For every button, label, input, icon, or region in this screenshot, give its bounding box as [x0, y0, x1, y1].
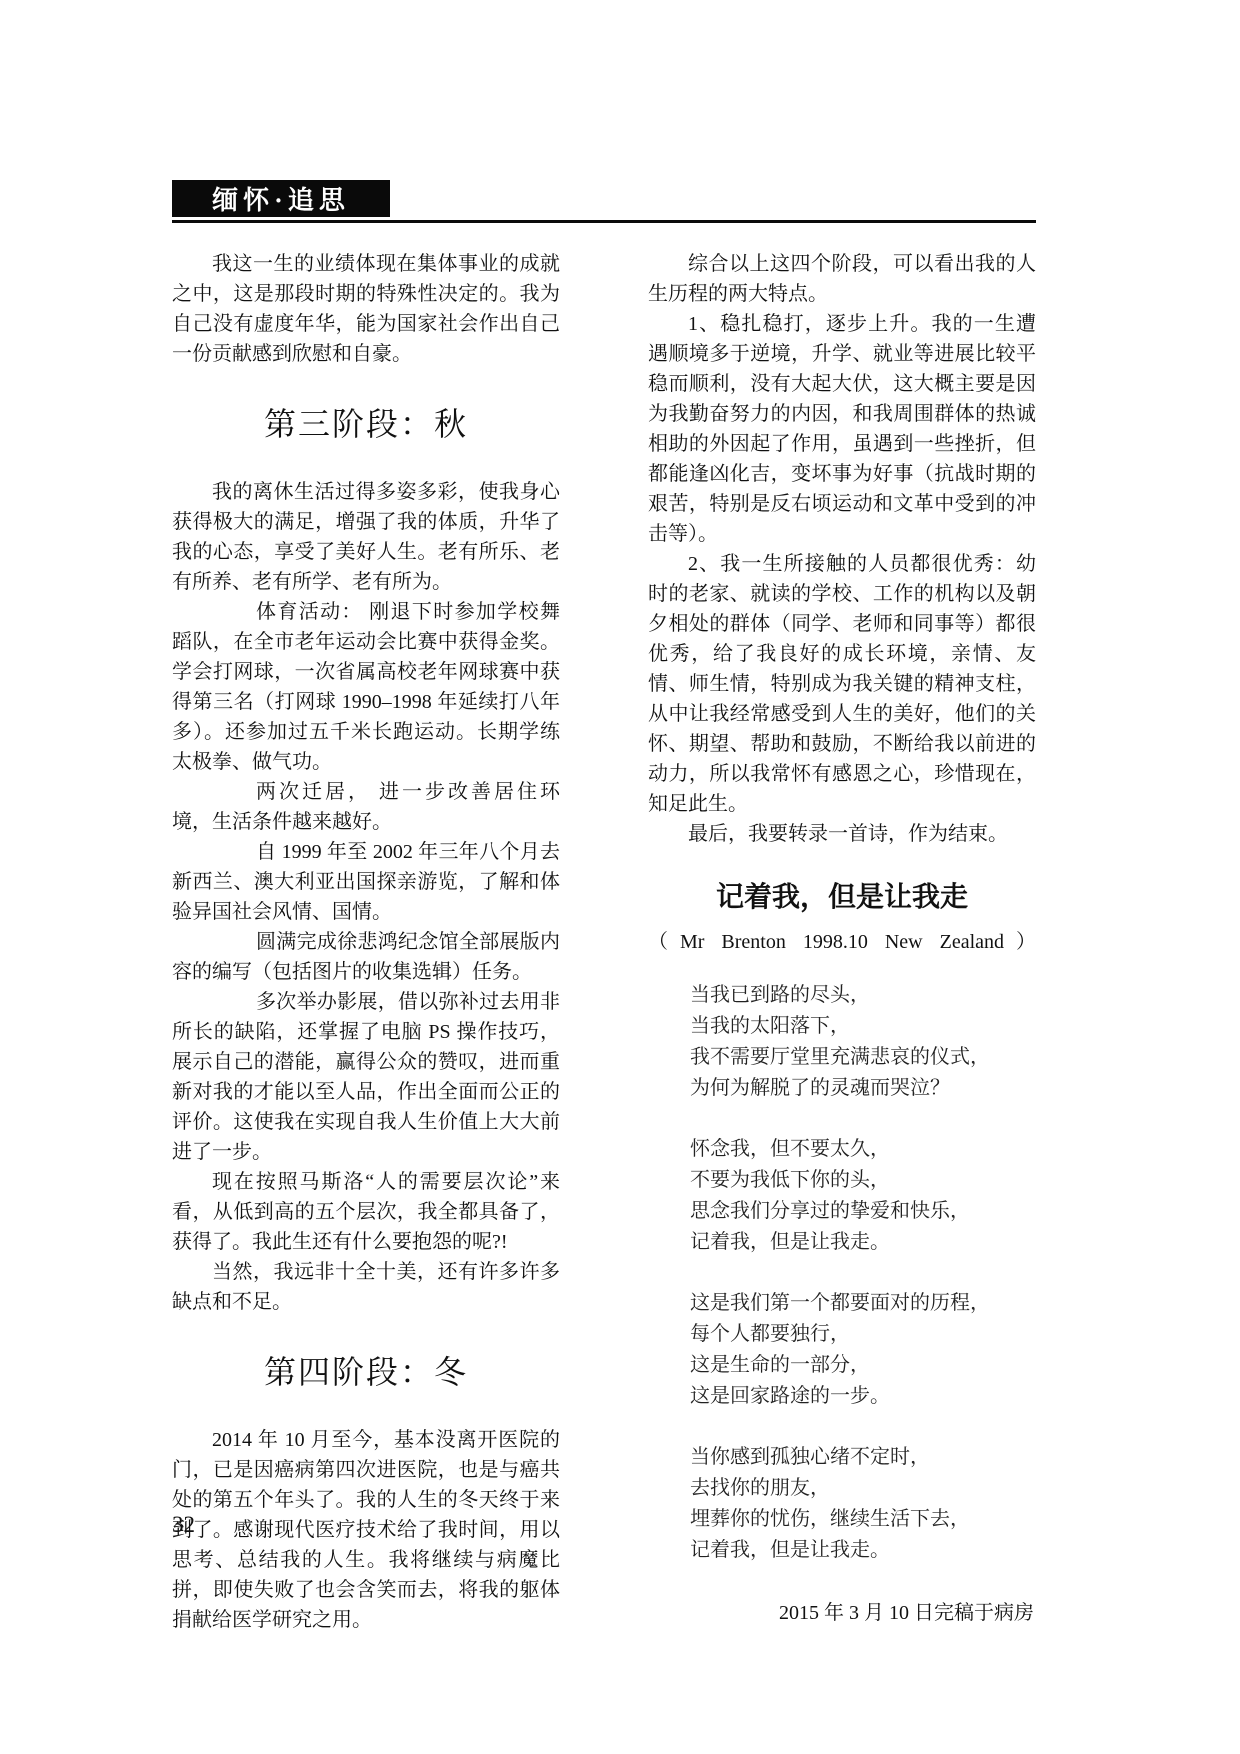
poem-body: 当我已到路的尽头， 当我的太阳落下， 我不需要厅堂里充满悲哀的仪式， 为何为解脱… — [690, 980, 1036, 1566]
page-number: 32 — [172, 1512, 195, 1538]
poem-line: 这是回家路途的一步。 — [690, 1381, 1036, 1412]
paragraph-right-4: 最后，我要转录一首诗，作为结束。 — [648, 819, 1036, 849]
page-content: 缅怀·追思 我这一生的业绩体现在集体事业的成就之中，这是那段时期的特殊性决定的。… — [172, 180, 1036, 1635]
heading-stage-3-autumn: 第三阶段：秋 — [172, 399, 560, 445]
poem-line: 当你感到孤独心绪不定时， — [690, 1442, 1036, 1473]
poem-line: 每个人都要独行， — [690, 1319, 1036, 1350]
paragraph-left-5: 自 1999 年至 2002 年三年八个月去新西兰、澳大利亚出国探亲游览，了解和… — [172, 837, 560, 927]
poem-stanza-3: 这是我们第一个都要面对的历程， 每个人都要独行， 这是生命的一部分， 这是回家路… — [690, 1288, 1036, 1412]
poem-stanza-4: 当你感到孤独心绪不定时， 去找你的朋友， 埋葬你的忧伤，继续生活下去， 记着我，… — [690, 1442, 1036, 1566]
poem-line: 这是生命的一部分， — [690, 1350, 1036, 1381]
poem-line: 为何为解脱了的灵魂而哭泣？ — [690, 1073, 1036, 1104]
section-banner: 缅怀·追思 — [172, 180, 390, 217]
poem-line: 我不需要厅堂里充满悲哀的仪式， — [690, 1042, 1036, 1073]
poem-line: 记着我，但是让我走。 — [690, 1535, 1036, 1566]
two-column-layout: 我这一生的业绩体现在集体事业的成就之中，这是那段时期的特殊性决定的。我为自己没有… — [172, 249, 1036, 1635]
poem-line: 记着我，但是让我走。 — [690, 1227, 1036, 1258]
paragraph-left-8: 现在按照马斯洛“人的需要层次论”来看，从低到高的五个层次，我全都具备了，获得了。… — [172, 1167, 560, 1257]
poem-line: 思念我们分享过的挚爱和快乐， — [690, 1196, 1036, 1227]
poem-stanza-1: 当我已到路的尽头， 当我的太阳落下， 我不需要厅堂里充满悲哀的仪式， 为何为解脱… — [690, 980, 1036, 1104]
poem-line: 当我的太阳落下， — [690, 1011, 1036, 1042]
paragraph-right-3: 2、我一生所接触的人员都很优秀：幼时的老家、就读的学校、工作的机构以及朝夕相处的… — [648, 549, 1036, 819]
paragraph-left-10: 2014 年 10 月至今，基本没离开医院的门，已是因癌病第四次进医院，也是与癌… — [172, 1425, 560, 1635]
paragraph-left-6: 圆满完成徐悲鸿纪念馆全部展版内容的编写（包括图片的收集选辑）任务。 — [172, 927, 560, 987]
poem-line: 不要为我低下你的头， — [690, 1165, 1036, 1196]
paragraph-left-3: 体育活动： 刚退下时参加学校舞蹈队，在全市老年运动会比赛中获得金奖。学会打网球，… — [172, 597, 560, 777]
poem-title: 记着我，但是让我走 — [648, 875, 1036, 915]
poem-attribution: （Mr Brenton 1998.10 New Zealand） — [648, 925, 1036, 954]
poem-line: 这是我们第一个都要面对的历程， — [690, 1288, 1036, 1319]
completion-date: 2015 年 3 月 10 日完稿于病房 — [648, 1596, 1036, 1625]
left-column: 我这一生的业绩体现在集体事业的成就之中，这是那段时期的特殊性决定的。我为自己没有… — [172, 249, 560, 1635]
paragraph-left-4: 两次迁居， 进一步改善居住环境，生活条件越来越好。 — [172, 777, 560, 837]
poem-stanza-2: 怀念我，但不要太久， 不要为我低下你的头， 思念我们分享过的挚爱和快乐， 记着我… — [690, 1134, 1036, 1258]
paragraph-left-7: 多次举办影展，借以弥补过去用非所长的缺陷，还掌握了电脑 PS 操作技巧，展示自己… — [172, 987, 560, 1167]
header-rule — [172, 220, 1036, 223]
right-column: 综合以上这四个阶段，可以看出我的人生历程的两大特点。 1、稳扎稳打，逐步上升。我… — [648, 249, 1036, 1635]
paragraph-left-9: 当然，我远非十全十美，还有许多许多缺点和不足。 — [172, 1257, 560, 1317]
paragraph-right-2: 1、稳扎稳打，逐步上升。我的一生遭遇顺境多于逆境，升学、就业等进展比较平稳而顺利… — [648, 309, 1036, 549]
paragraph-left-2: 我的离休生活过得多姿多彩，使我身心获得极大的满足，增强了我的体质，升华了我的心态… — [172, 477, 560, 597]
poem-line: 当我已到路的尽头， — [690, 980, 1036, 1011]
poem-line: 怀念我，但不要太久， — [690, 1134, 1036, 1165]
magazine-page: 缅怀·追思 我这一生的业绩体现在集体事业的成就之中，这是那段时期的特殊性决定的。… — [0, 0, 1240, 1754]
paragraph-left-1: 我这一生的业绩体现在集体事业的成就之中，这是那段时期的特殊性决定的。我为自己没有… — [172, 249, 560, 369]
poem-line: 埋葬你的忧伤，继续生活下去， — [690, 1504, 1036, 1535]
heading-stage-4-winter: 第四阶段：冬 — [172, 1347, 560, 1393]
paragraph-right-1: 综合以上这四个阶段，可以看出我的人生历程的两大特点。 — [648, 249, 1036, 309]
section-banner-label: 缅怀·追思 — [212, 180, 350, 217]
poem-line: 去找你的朋友， — [690, 1473, 1036, 1504]
